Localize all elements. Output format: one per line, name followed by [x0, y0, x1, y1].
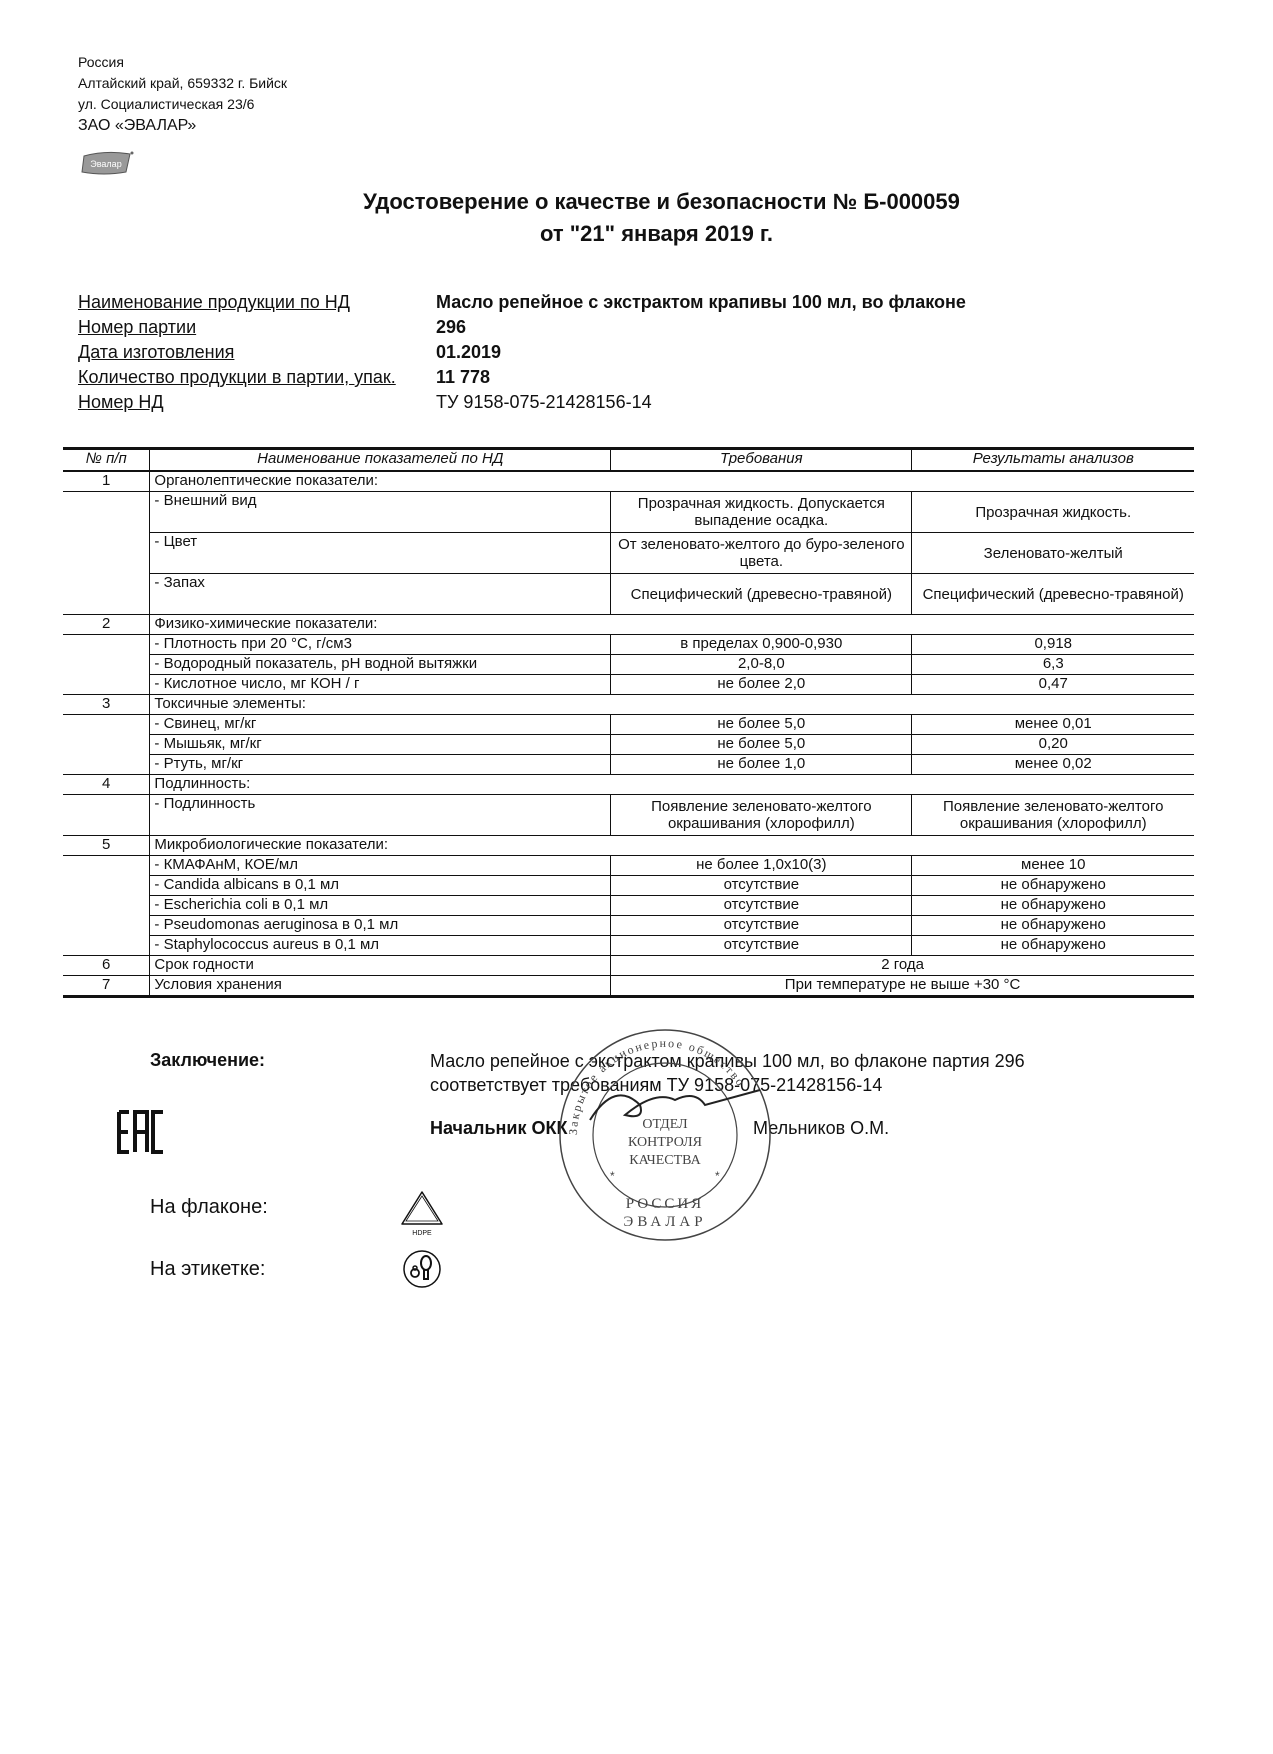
info-label: Наименование продукции по НД — [78, 292, 436, 317]
table-row: - Цвет От зеленовато-желтого до буро-зел… — [63, 533, 1194, 574]
result: 0,47 — [912, 675, 1194, 695]
conclusion-label: Заключение: — [150, 1050, 265, 1071]
address-region: Алтайский край, 659332 г. Бийск — [78, 73, 287, 94]
info-row-manufacture-date: Дата изготовления 01.2019 — [78, 342, 966, 367]
requirement: Появление зеленовато-желтого окрашивания… — [611, 795, 912, 836]
svg-text:*: * — [715, 1169, 720, 1183]
col-header-results: Результаты анализов — [912, 449, 1194, 472]
quality-control-stamp: Закрытое акционерное общество ОТДЕЛ КОНТ… — [555, 1020, 775, 1255]
table-group-row: 3 Токсичные элементы: — [63, 695, 1194, 715]
table-row: - Кислотное число, мг КОН / г не более 2… — [63, 675, 1194, 695]
table-row: - Внешний вид Прозрачная жидкость. Допус… — [63, 492, 1194, 533]
requirement: не более 1,0х10(3) — [611, 856, 912, 876]
hdpe-recycling-icon: HDPE — [398, 1188, 446, 1243]
indicator-name: - Запах — [150, 574, 611, 615]
requirement: не более 5,0 — [611, 735, 912, 755]
info-label: Номер партии — [78, 317, 436, 342]
info-row-quantity: Количество продукции в партии, упак. 11 … — [78, 367, 966, 392]
table-group-row: 2 Физико-химические показатели: — [63, 615, 1194, 635]
group-number: 3 — [63, 695, 150, 715]
requirement: не более 1,0 — [611, 755, 912, 775]
table-row: - Подлинность Появление зеленовато-желто… — [63, 795, 1194, 836]
group-number: 2 — [63, 615, 150, 635]
result: Прозрачная жидкость. — [912, 492, 1194, 533]
company-name: ЗАО «ЭВАЛАР» — [78, 115, 287, 136]
info-value: Масло репейное с экстрактом крапивы 100 … — [436, 292, 966, 317]
table-row: - Мышьяк, мг/кг не более 5,0 0,20 — [63, 735, 1194, 755]
group-name: Микробиологические показатели: — [150, 836, 1194, 856]
indicator-name: - Подлинность — [150, 795, 611, 836]
info-value: ТУ 9158-075-21428156-14 — [436, 392, 652, 417]
shelf-life-value: 2 года — [611, 956, 1194, 976]
requirement: 2,0-8,0 — [611, 655, 912, 675]
result: менее 0,01 — [912, 715, 1194, 735]
group-name: Токсичные элементы: — [150, 695, 1194, 715]
title-line-1: Удостоверение о качестве и безопасности … — [0, 186, 1273, 218]
col-header-requirements: Требования — [611, 449, 912, 472]
result: менее 0,02 — [912, 755, 1194, 775]
result: не обнаружено — [912, 876, 1194, 896]
result: 0,918 — [912, 635, 1194, 655]
indicator-name: - КМАФАнМ, КОЕ/мл — [150, 856, 611, 876]
table-row: - Escherichia coli в 0,1 мл отсутствие н… — [63, 896, 1194, 916]
requirement: не более 5,0 — [611, 715, 912, 735]
result: не обнаружено — [912, 936, 1194, 956]
eac-mark-icon — [117, 1110, 165, 1159]
result: Зеленовато-желтый — [912, 533, 1194, 574]
storage-value: При температуре не выше +30 °С — [611, 976, 1194, 997]
requirement: отсутствие — [611, 896, 912, 916]
company-address: Россия Алтайский край, 659332 г. Бийск у… — [78, 52, 287, 136]
info-row-product-name: Наименование продукции по НД Масло репей… — [78, 292, 966, 317]
on-label-label: На этикетке: — [150, 1258, 265, 1281]
table-group-row: 4 Подлинность: — [63, 775, 1194, 795]
info-value: 296 — [436, 317, 466, 342]
document-title: Удостоверение о качестве и безопасности … — [0, 186, 1273, 250]
requirement: отсутствие — [611, 916, 912, 936]
result: 6,3 — [912, 655, 1194, 675]
address-street: ул. Социалистическая 23/6 — [78, 94, 287, 115]
svg-text:РОССИЯ: РОССИЯ — [626, 1196, 704, 1212]
requirement: Прозрачная жидкость. Допускается выпаден… — [611, 492, 912, 533]
requirement: в пределах 0,900-0,930 — [611, 635, 912, 655]
svg-text:КАЧЕСТВА: КАЧЕСТВА — [629, 1153, 701, 1168]
requirement: От зеленовато-желтого до буро-зеленого ц… — [611, 533, 912, 574]
requirement: Специфический (древесно-травяной) — [611, 574, 912, 615]
signer-title: Начальник ОКК — [430, 1118, 567, 1139]
svg-text:ОТДЕЛ: ОТДЕЛ — [642, 1117, 688, 1132]
info-row-nd-number: Номер НД ТУ 9158-075-21428156-14 — [78, 392, 966, 417]
indicator-name: - Внешний вид — [150, 492, 611, 533]
group-number: 5 — [63, 836, 150, 856]
table-header-row: № п/п Наименование показателей по НД Тре… — [63, 449, 1194, 472]
table-group-row: 1 Органолептические показатели: — [63, 471, 1194, 492]
indicator-name: Условия хранения — [150, 976, 611, 997]
group-name: Физико-химические показатели: — [150, 615, 1194, 635]
indicator-name: - Pseudomonas aeruginosa в 0,1 мл — [150, 916, 611, 936]
indicator-name: - Кислотное число, мг КОН / г — [150, 675, 611, 695]
indicator-name: - Escherichia coli в 0,1 мл — [150, 896, 611, 916]
address-country: Россия — [78, 52, 287, 73]
table-row: - Водородный показатель, рН водной вытяж… — [63, 655, 1194, 675]
table-row: - Ртуть, мг/кг не более 1,0 менее 0,02 — [63, 755, 1194, 775]
table-group-row: 5 Микробиологические показатели: — [63, 836, 1194, 856]
result: не обнаружено — [912, 896, 1194, 916]
table-row: - Staphylococcus aureus в 0,1 мл отсутст… — [63, 936, 1194, 956]
indicator-name: - Ртуть, мг/кг — [150, 755, 611, 775]
table-row-storage: 7 Условия хранения При температуре не вы… — [63, 976, 1194, 997]
indicator-name: - Водородный показатель, рН водной вытяж… — [150, 655, 611, 675]
info-label: Дата изготовления — [78, 342, 436, 367]
svg-text:Эвалар: Эвалар — [90, 159, 121, 169]
table-row: - Pseudomonas aeruginosa в 0,1 мл отсутс… — [63, 916, 1194, 936]
table-row: - КМАФАнМ, КОЕ/мл не более 1,0х10(3) мен… — [63, 856, 1194, 876]
indicator-name: - Candida albicans в 0,1 мл — [150, 876, 611, 896]
indicator-name: - Staphylococcus aureus в 0,1 мл — [150, 936, 611, 956]
indicator-name: Срок годности — [150, 956, 611, 976]
col-header-indicator: Наименование показателей по НД — [150, 449, 611, 472]
table-row: - Свинец, мг/кг не более 5,0 менее 0,01 — [63, 715, 1194, 735]
evalar-logo-icon: Эвалар — [80, 150, 134, 176]
table-row-shelf-life: 6 Срок годности 2 года — [63, 956, 1194, 976]
group-number: 4 — [63, 775, 150, 795]
table-row: - Плотность при 20 °С, г/см3 в пределах … — [63, 635, 1194, 655]
requirement: отсутствие — [611, 876, 912, 896]
info-label: Номер НД — [78, 392, 436, 417]
indicator-name: - Свинец, мг/кг — [150, 715, 611, 735]
results-table: № п/п Наименование показателей по НД Тре… — [63, 447, 1194, 998]
col-header-number: № п/п — [63, 449, 150, 472]
group-number: 6 — [63, 956, 150, 976]
group-number: 7 — [63, 976, 150, 997]
table-row: - Запах Специфический (древесно-травяной… — [63, 574, 1194, 615]
title-line-2: от "21" января 2019 г. — [0, 218, 1273, 250]
table-row: - Candida albicans в 0,1 мл отсутствие н… — [63, 876, 1194, 896]
indicator-name: - Цвет — [150, 533, 611, 574]
indicator-name: - Плотность при 20 °С, г/см3 — [150, 635, 611, 655]
result: менее 10 — [912, 856, 1194, 876]
result: 0,20 — [912, 735, 1194, 755]
info-value: 11 778 — [436, 367, 490, 392]
info-label: Количество продукции в партии, упак. — [78, 367, 436, 392]
indicator-name: - Мышьяк, мг/кг — [150, 735, 611, 755]
info-row-batch-number: Номер партии 296 — [78, 317, 966, 342]
result: не обнаружено — [912, 916, 1194, 936]
group-name: Органолептические показатели: — [150, 471, 1194, 492]
on-bottle-label: На флаконе: — [150, 1196, 268, 1219]
svg-text:КОНТРОЛЯ: КОНТРОЛЯ — [628, 1135, 702, 1150]
requirement: отсутствие — [611, 936, 912, 956]
result: Специфический (древесно-травяной) — [912, 574, 1194, 615]
svg-text:ЭВАЛАР: ЭВАЛАР — [623, 1214, 706, 1230]
product-info: Наименование продукции по НД Масло репей… — [78, 292, 966, 417]
group-name: Подлинность: — [150, 775, 1194, 795]
group-number: 1 — [63, 471, 150, 492]
requirement: не более 2,0 — [611, 675, 912, 695]
cosmetic-product-icon — [402, 1249, 442, 1294]
info-value: 01.2019 — [436, 342, 501, 367]
svg-text:HDPE: HDPE — [412, 1230, 432, 1237]
result: Появление зеленовато-желтого окрашивания… — [912, 795, 1194, 836]
svg-text:*: * — [610, 1169, 615, 1183]
